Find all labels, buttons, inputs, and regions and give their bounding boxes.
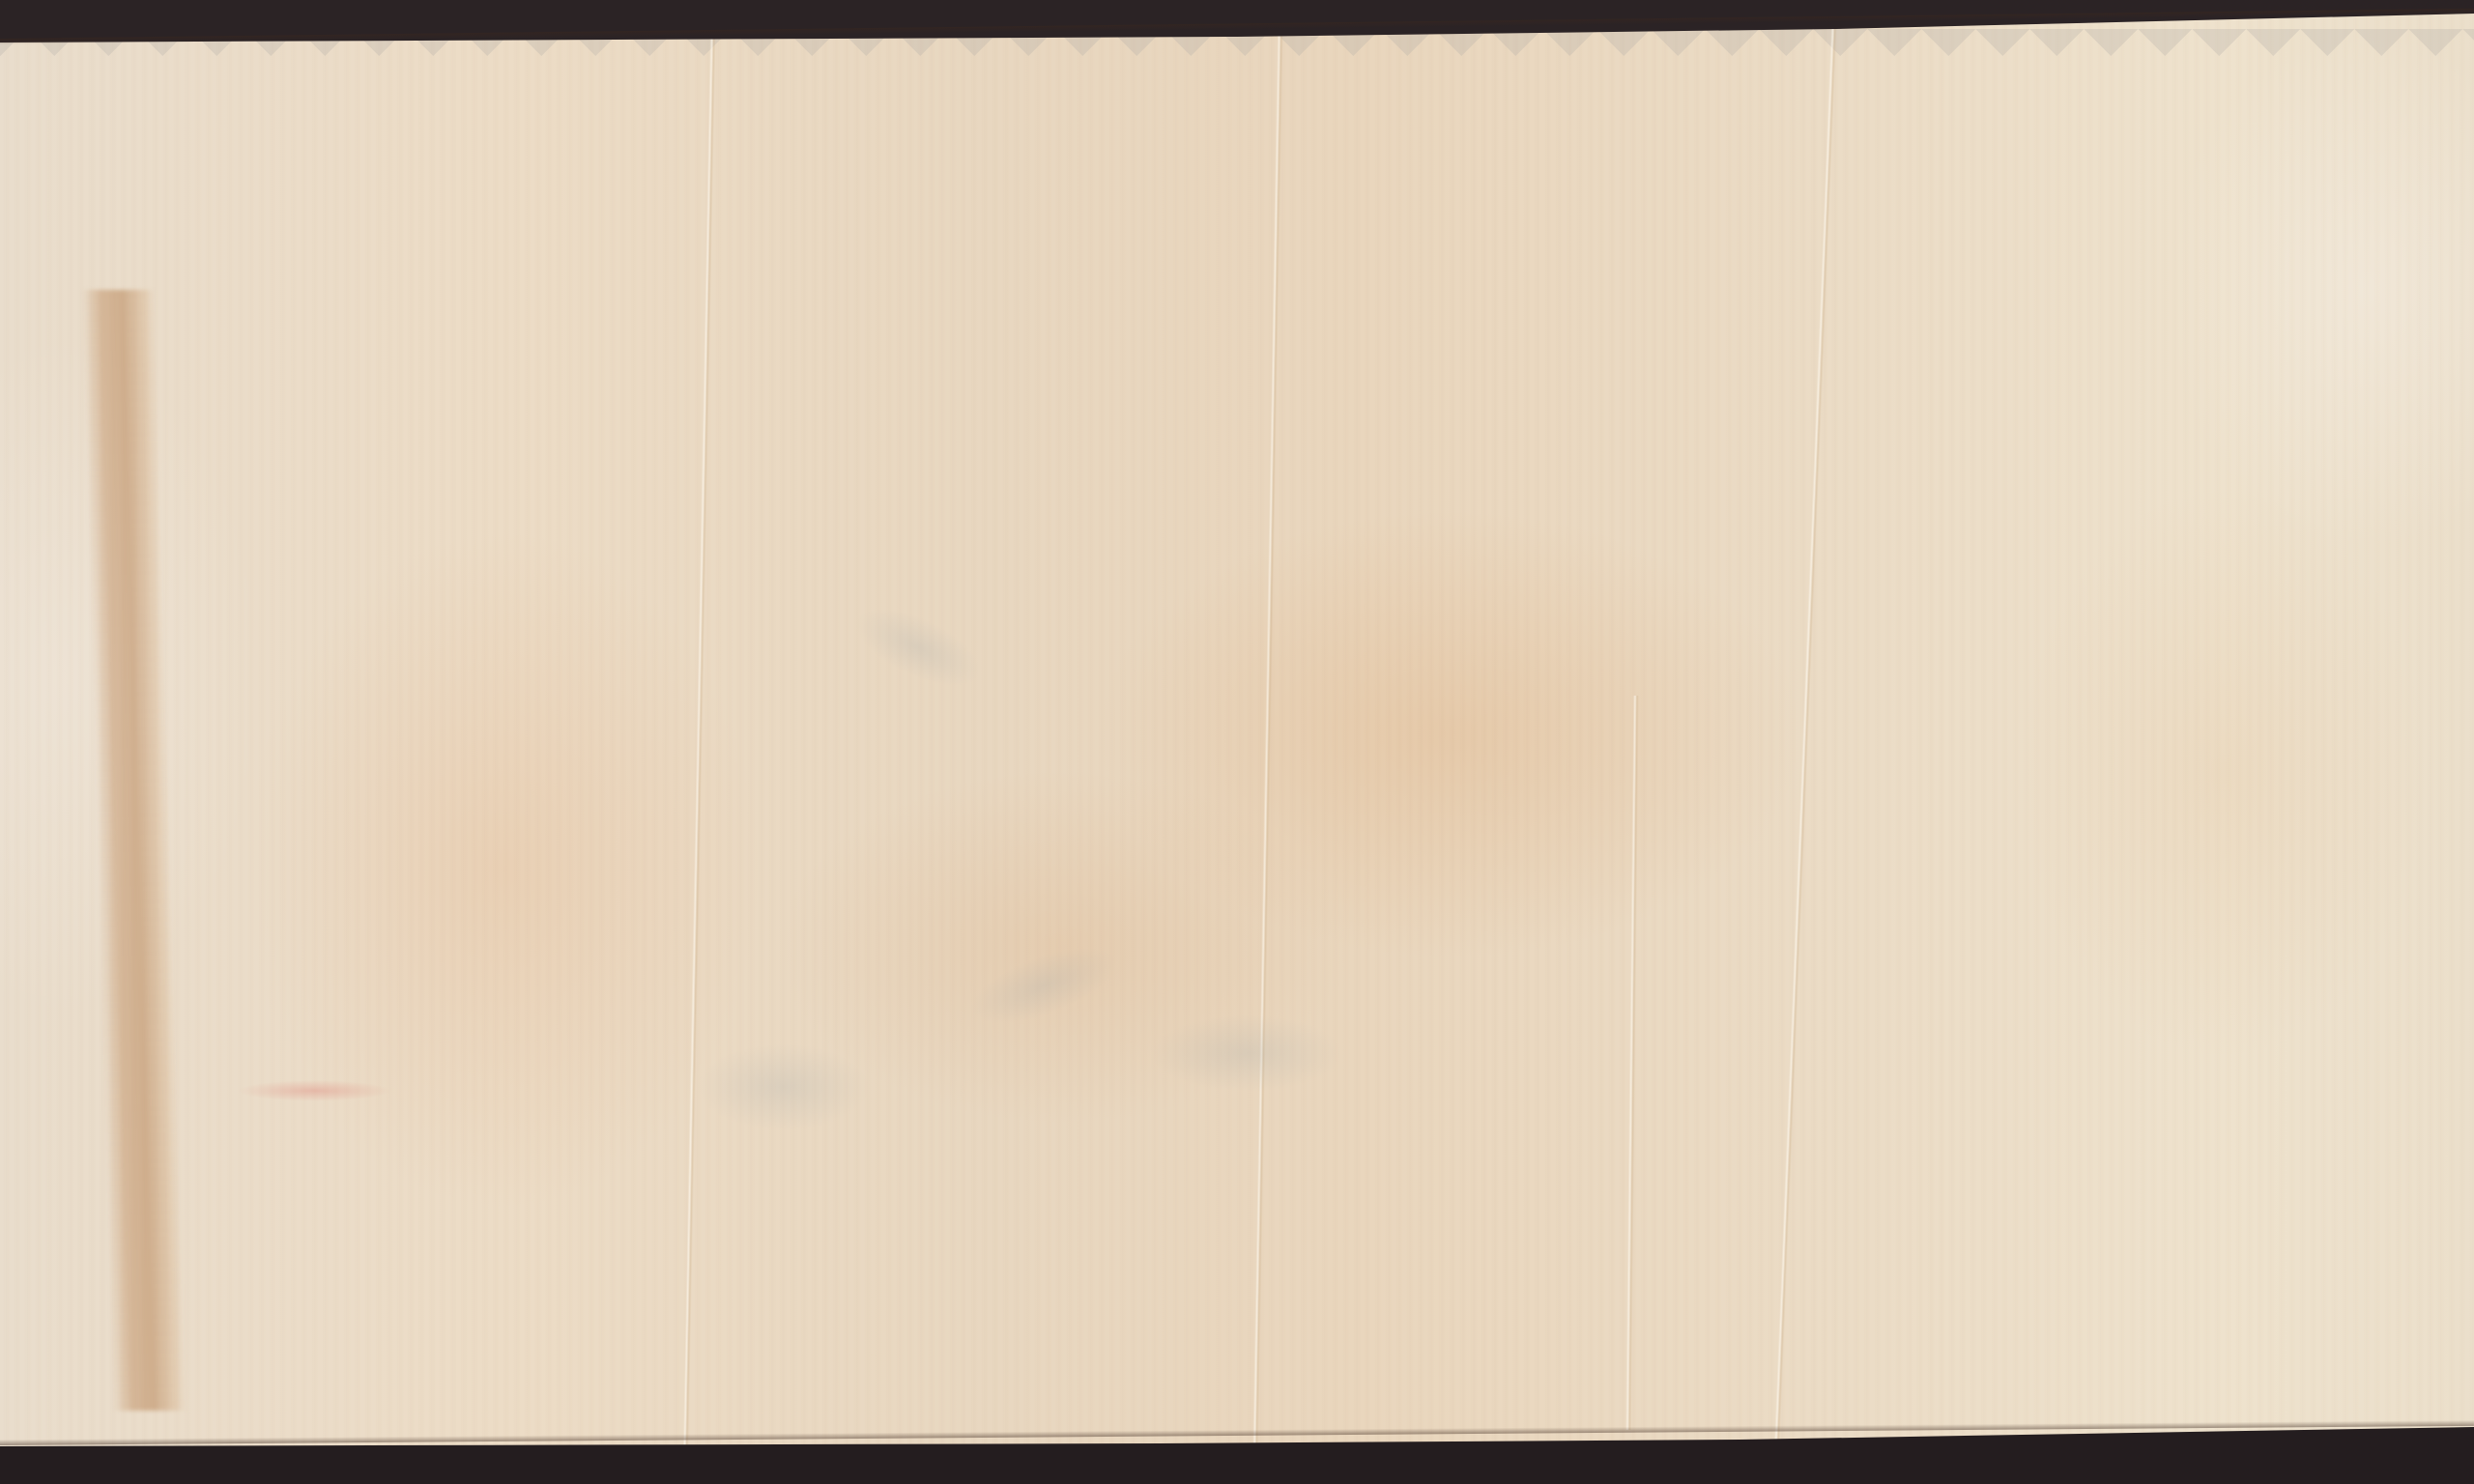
photo-stage xyxy=(0,0,2474,1484)
bleed-through-mark xyxy=(696,1043,870,1130)
scroll-paper xyxy=(0,0,2474,1484)
paper-fibre-texture xyxy=(0,0,2474,1484)
bleed-through-mark xyxy=(1150,1014,1343,1092)
red-mark xyxy=(237,1080,391,1101)
